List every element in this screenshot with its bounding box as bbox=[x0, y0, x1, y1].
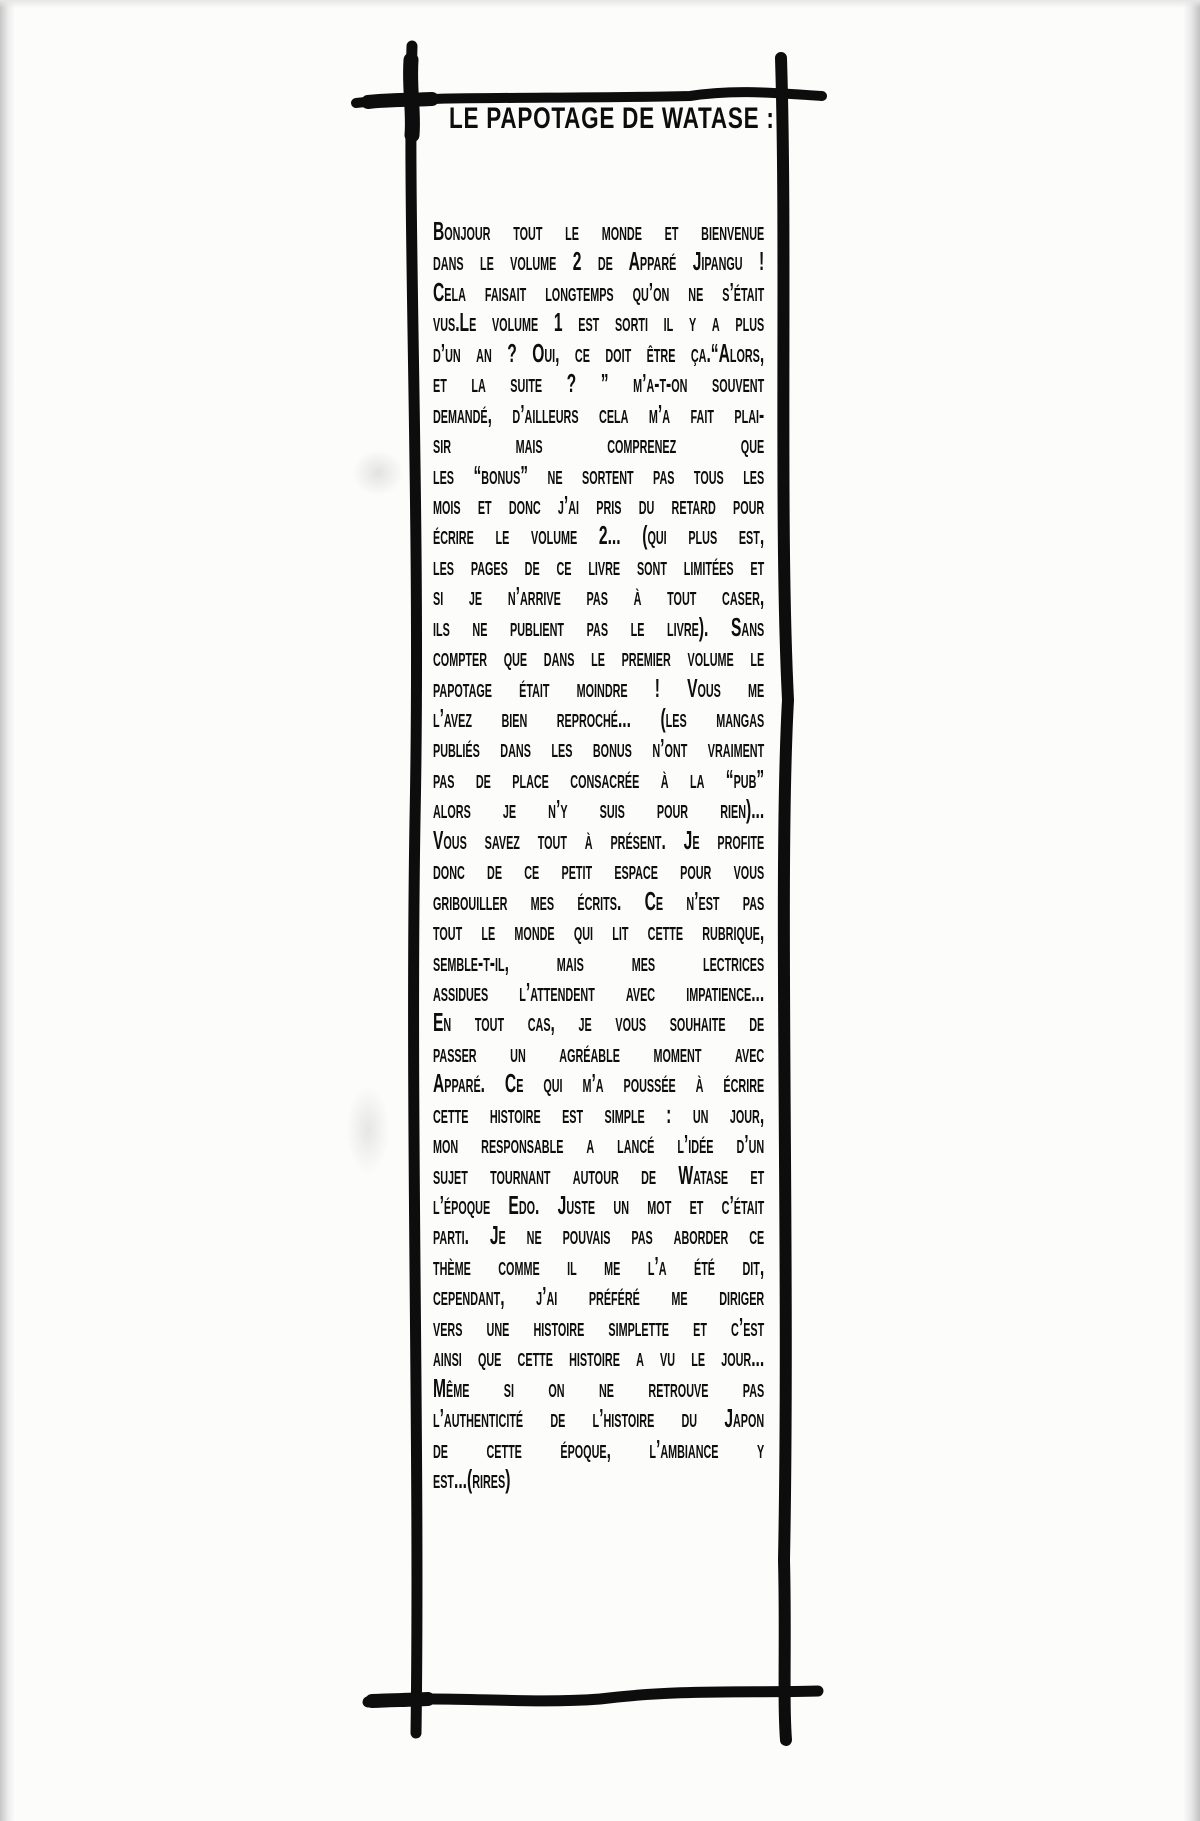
text-line: assidues l’attendent avec impatience... bbox=[433, 977, 764, 1007]
text-line: et la suite ? ” m’a-t-on souvent bbox=[433, 368, 764, 398]
text-line: tout le monde qui lit cette rubrique, bbox=[433, 916, 764, 946]
text-line: En tout cas, je vous souhaite de bbox=[433, 1007, 764, 1037]
text-line: sujet tournant autour de Watase et bbox=[433, 1160, 764, 1190]
text-line: Vous savez tout à présent. Je profite bbox=[433, 825, 764, 855]
text-line: ainsi que cette histoire a vu le jour... bbox=[433, 1342, 764, 1372]
text-line: mon responsable a lancé l’idée d’un bbox=[433, 1129, 764, 1159]
text-line: parti. Je ne pouvais pas aborder ce bbox=[433, 1220, 764, 1250]
text-line: thème comme il me l’a été dit, bbox=[433, 1251, 764, 1281]
text-line: pas de place consacrée à la “pub” bbox=[433, 764, 764, 794]
text-line: de cette époque, l’ambiance y bbox=[433, 1434, 764, 1464]
text-line: écrire le volume 2... (qui plus est, bbox=[433, 520, 764, 550]
text-line: donc de ce petit espace pour vous bbox=[433, 855, 764, 885]
text-line: cependant, j’ai préféré me diriger bbox=[433, 1281, 764, 1311]
text-line: les pages de ce livre sont limitées et bbox=[433, 551, 764, 581]
text-line: semble-t-il, mais mes lectrices bbox=[433, 947, 764, 977]
text-line: demandé, d’ailleurs cela m’a fait plai- bbox=[433, 399, 764, 429]
text-line: est...(rires) bbox=[433, 1464, 764, 1494]
page-title: LE PAPOTAGE DE WATASE : bbox=[449, 102, 764, 136]
text-line: mois et donc j’ai pris du retard pour bbox=[433, 490, 764, 520]
text-line: les “bonus” ne sortent pas tous les bbox=[433, 460, 764, 490]
text-line: dans le volume 2 de Apparé Jipangu ! bbox=[433, 246, 764, 276]
text-line: cette histoire est simple : un jour, bbox=[433, 1099, 764, 1129]
author-note-text: Bonjour tout le monde et bienvenuedans l… bbox=[433, 216, 764, 1494]
text-line: vus.Le volume 1 est sorti il y a plus bbox=[433, 307, 764, 337]
text-line: si je n’arrive pas à tout caser, bbox=[433, 581, 764, 611]
text-line: publiés dans les bonus n’ont vraiment bbox=[433, 733, 764, 763]
text-line: Bonjour tout le monde et bienvenue bbox=[433, 216, 764, 246]
text-line: compter que dans le premier volume le bbox=[433, 642, 764, 672]
text-line: passer un agréable moment avec bbox=[433, 1038, 764, 1068]
text-line: Même si on ne retrouve pas bbox=[433, 1373, 764, 1403]
text-line: vers une histoire simplette et c’est bbox=[433, 1312, 764, 1342]
text-line: alors je n’y suis pour rien)... bbox=[433, 794, 764, 824]
text-line: gribouiller mes écrits. Ce n’est pas bbox=[433, 886, 764, 916]
text-line: Cela faisait longtemps qu’on ne s’était bbox=[433, 277, 764, 307]
text-line: sir mais comprenez que bbox=[433, 429, 764, 459]
text-line: d’un an ? Oui, ce doit être ça.“Alors, bbox=[433, 338, 764, 368]
text-line: l’avez bien reproché... (les mangas bbox=[433, 703, 764, 733]
text-line: l’authenticité de l’histoire du Japon bbox=[433, 1403, 764, 1433]
text-line: ils ne publient pas le livre). Sans bbox=[433, 612, 764, 642]
manga-bonus-page: LE PAPOTAGE DE WATASE : Bonjour tout le … bbox=[0, 0, 1200, 1821]
text-line: l’époque Edo. Juste un mot et c’était bbox=[433, 1190, 764, 1220]
text-line: Apparé. Ce qui m’a poussée à écrire bbox=[433, 1068, 764, 1098]
text-line: papotage était moindre ! Vous me bbox=[433, 673, 764, 703]
